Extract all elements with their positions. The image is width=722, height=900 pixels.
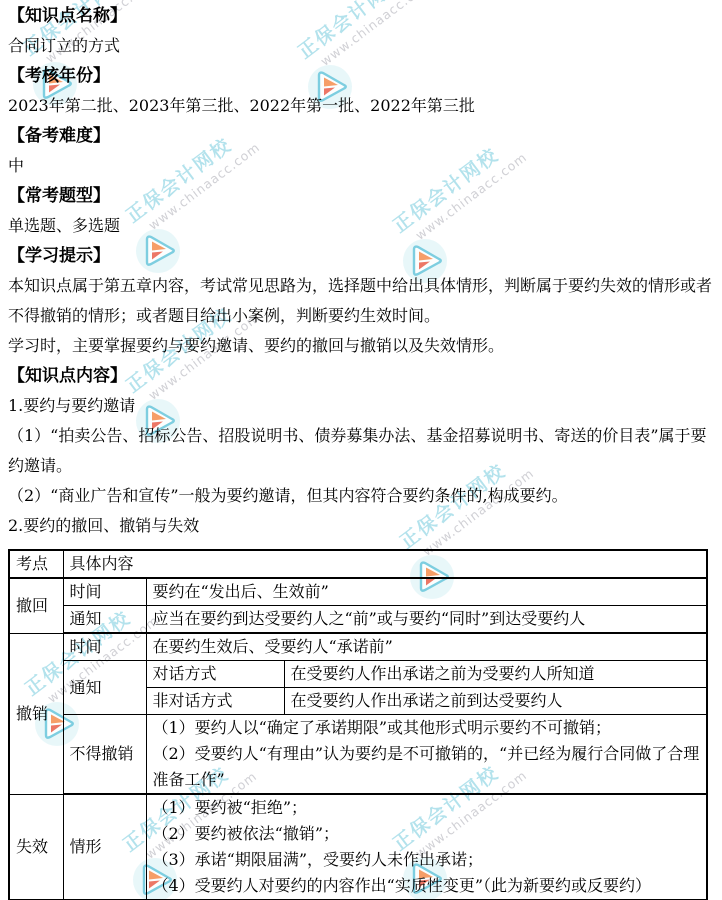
- topic-name-text: 合同订立的方式: [8, 31, 714, 61]
- withdraw-label: 撤回: [9, 578, 63, 633]
- table-row-revoke-irrevocable: 不得撤销 （1）要约人以“确定了承诺期限”或其他形式明示要约不可撤销； （2）受…: [9, 715, 707, 795]
- difficulty-text: 中: [8, 151, 714, 181]
- knowledge-item-2-title: 2.要约的撤回、撤销与失效: [8, 511, 714, 541]
- section-heading-question-types: 【常考题型】: [8, 181, 714, 211]
- knowledge-item-1-point-1: （1）“拍卖公告、招标公告、招股说明书、债券募集办法、基金招募说明书、寄送的价目…: [8, 421, 714, 481]
- header-details: 具体内容: [63, 550, 707, 578]
- lapse-item-1: （1）要约被“拒绝”；: [153, 795, 701, 821]
- withdraw-notice-value: 应当在要约到达受要约人之“前”或与要约“同时”到达受要约人: [146, 606, 707, 634]
- revoke-dialog-value: 在受要约人作出承诺之前为受要约人所知道: [284, 661, 707, 688]
- exam-years-text: 2023年第二批、2023年第三批、2022年第一批、2022年第三批: [8, 91, 714, 121]
- withdraw-notice-label: 通知: [63, 606, 146, 634]
- section-heading-exam-years: 【考核年份】: [8, 61, 714, 91]
- table-header-row: 考点 具体内容: [9, 550, 707, 578]
- lapse-scenario-value: （1）要约被“拒绝”； （2）要约被依法“撤销”； （3）承诺“期限届满”，受要…: [146, 794, 707, 900]
- knowledge-item-1-title: 1.要约与要约邀请: [8, 391, 714, 421]
- study-tips-paragraph-1: 本知识点属于第五章内容，考试常见思路为，选择题中给出具体情形，判断属于要约失效的…: [8, 271, 714, 331]
- revoke-dialog-label: 对话方式: [146, 661, 284, 688]
- section-heading-topic-name: 【知识点名称】: [8, 1, 714, 31]
- question-types-text: 单选题、多选题: [8, 211, 714, 241]
- revoke-nondialog-label: 非对话方式: [146, 688, 284, 715]
- study-tips-paragraph-2: 学习时，主要掌握要约与要约邀请、要约的撤回与撤销以及失效情形。: [8, 331, 714, 361]
- lapse-item-4: （4）受要约人对要约的内容作出“实质性变更”（此为新要约或反要约）: [153, 873, 701, 899]
- table-row-revoke-time: 撤销 时间 在要约生效后、受要约人“承诺前”: [9, 633, 707, 661]
- revoke-label: 撤销: [9, 633, 63, 794]
- withdraw-time-value: 要约在“发出后、生效前”: [146, 578, 707, 606]
- document-content: 【知识点名称】 合同订立的方式 【考核年份】 2023年第二批、2023年第三批…: [0, 0, 722, 900]
- table-row-lapse: 失效 情形 （1）要约被“拒绝”； （2）要约被依法“撤销”； （3）承诺“期限…: [9, 794, 707, 900]
- lapse-item-2: （2）要约被依法“撤销”；: [153, 821, 701, 847]
- section-heading-difficulty: 【备考难度】: [8, 121, 714, 151]
- table-row-revoke-notice-dialog: 通知 对话方式 在受要约人作出承诺之前为受要约人所知道: [9, 661, 707, 688]
- table-row-withdraw-notice: 通知 应当在要约到达受要约人之“前”或与要约“同时”到达受要约人: [9, 606, 707, 634]
- header-exam-point: 考点: [9, 550, 63, 578]
- revoke-nondialog-value: 在受要约人作出承诺之前到达受要约人: [284, 688, 707, 715]
- revoke-notice-label: 通知: [63, 661, 146, 715]
- knowledge-item-1-point-2: （2）“商业广告和宣传”一般为要约邀请，但其内容符合要约条件的,构成要约。: [8, 481, 714, 511]
- section-heading-study-tips: 【学习提示】: [8, 241, 714, 271]
- irrevocable-item-2: （2）受要约人“有理由”认为要约是不可撤销的，“并已经为履行合同做了合理准备工作…: [153, 741, 701, 793]
- withdraw-time-label: 时间: [63, 578, 146, 606]
- section-heading-knowledge-content: 【知识点内容】: [8, 361, 714, 391]
- offer-rules-table: 考点 具体内容 撤回 时间 要约在“发出后、生效前” 通知 应当在要约到达受要约…: [8, 549, 708, 900]
- lapse-item-3: （3）承诺“期限届满”，受要约人未作出承诺；: [153, 847, 701, 873]
- lapse-label: 失效: [9, 794, 63, 900]
- revoke-time-label: 时间: [63, 633, 146, 661]
- revoke-irrevocable-value: （1）要约人以“确定了承诺期限”或其他形式明示要约不可撤销； （2）受要约人“有…: [146, 715, 707, 795]
- table-row-withdraw-time: 撤回 时间 要约在“发出后、生效前”: [9, 578, 707, 606]
- revoke-irrevocable-label: 不得撤销: [63, 715, 146, 795]
- lapse-scenario-label: 情形: [63, 794, 146, 900]
- irrevocable-item-1: （1）要约人以“确定了承诺期限”或其他形式明示要约不可撤销；: [153, 715, 701, 741]
- revoke-time-value: 在要约生效后、受要约人“承诺前”: [146, 633, 707, 661]
- document-page: 正保会计网校 www.chinaacc.com 正保会计网校 www.china…: [0, 0, 722, 900]
